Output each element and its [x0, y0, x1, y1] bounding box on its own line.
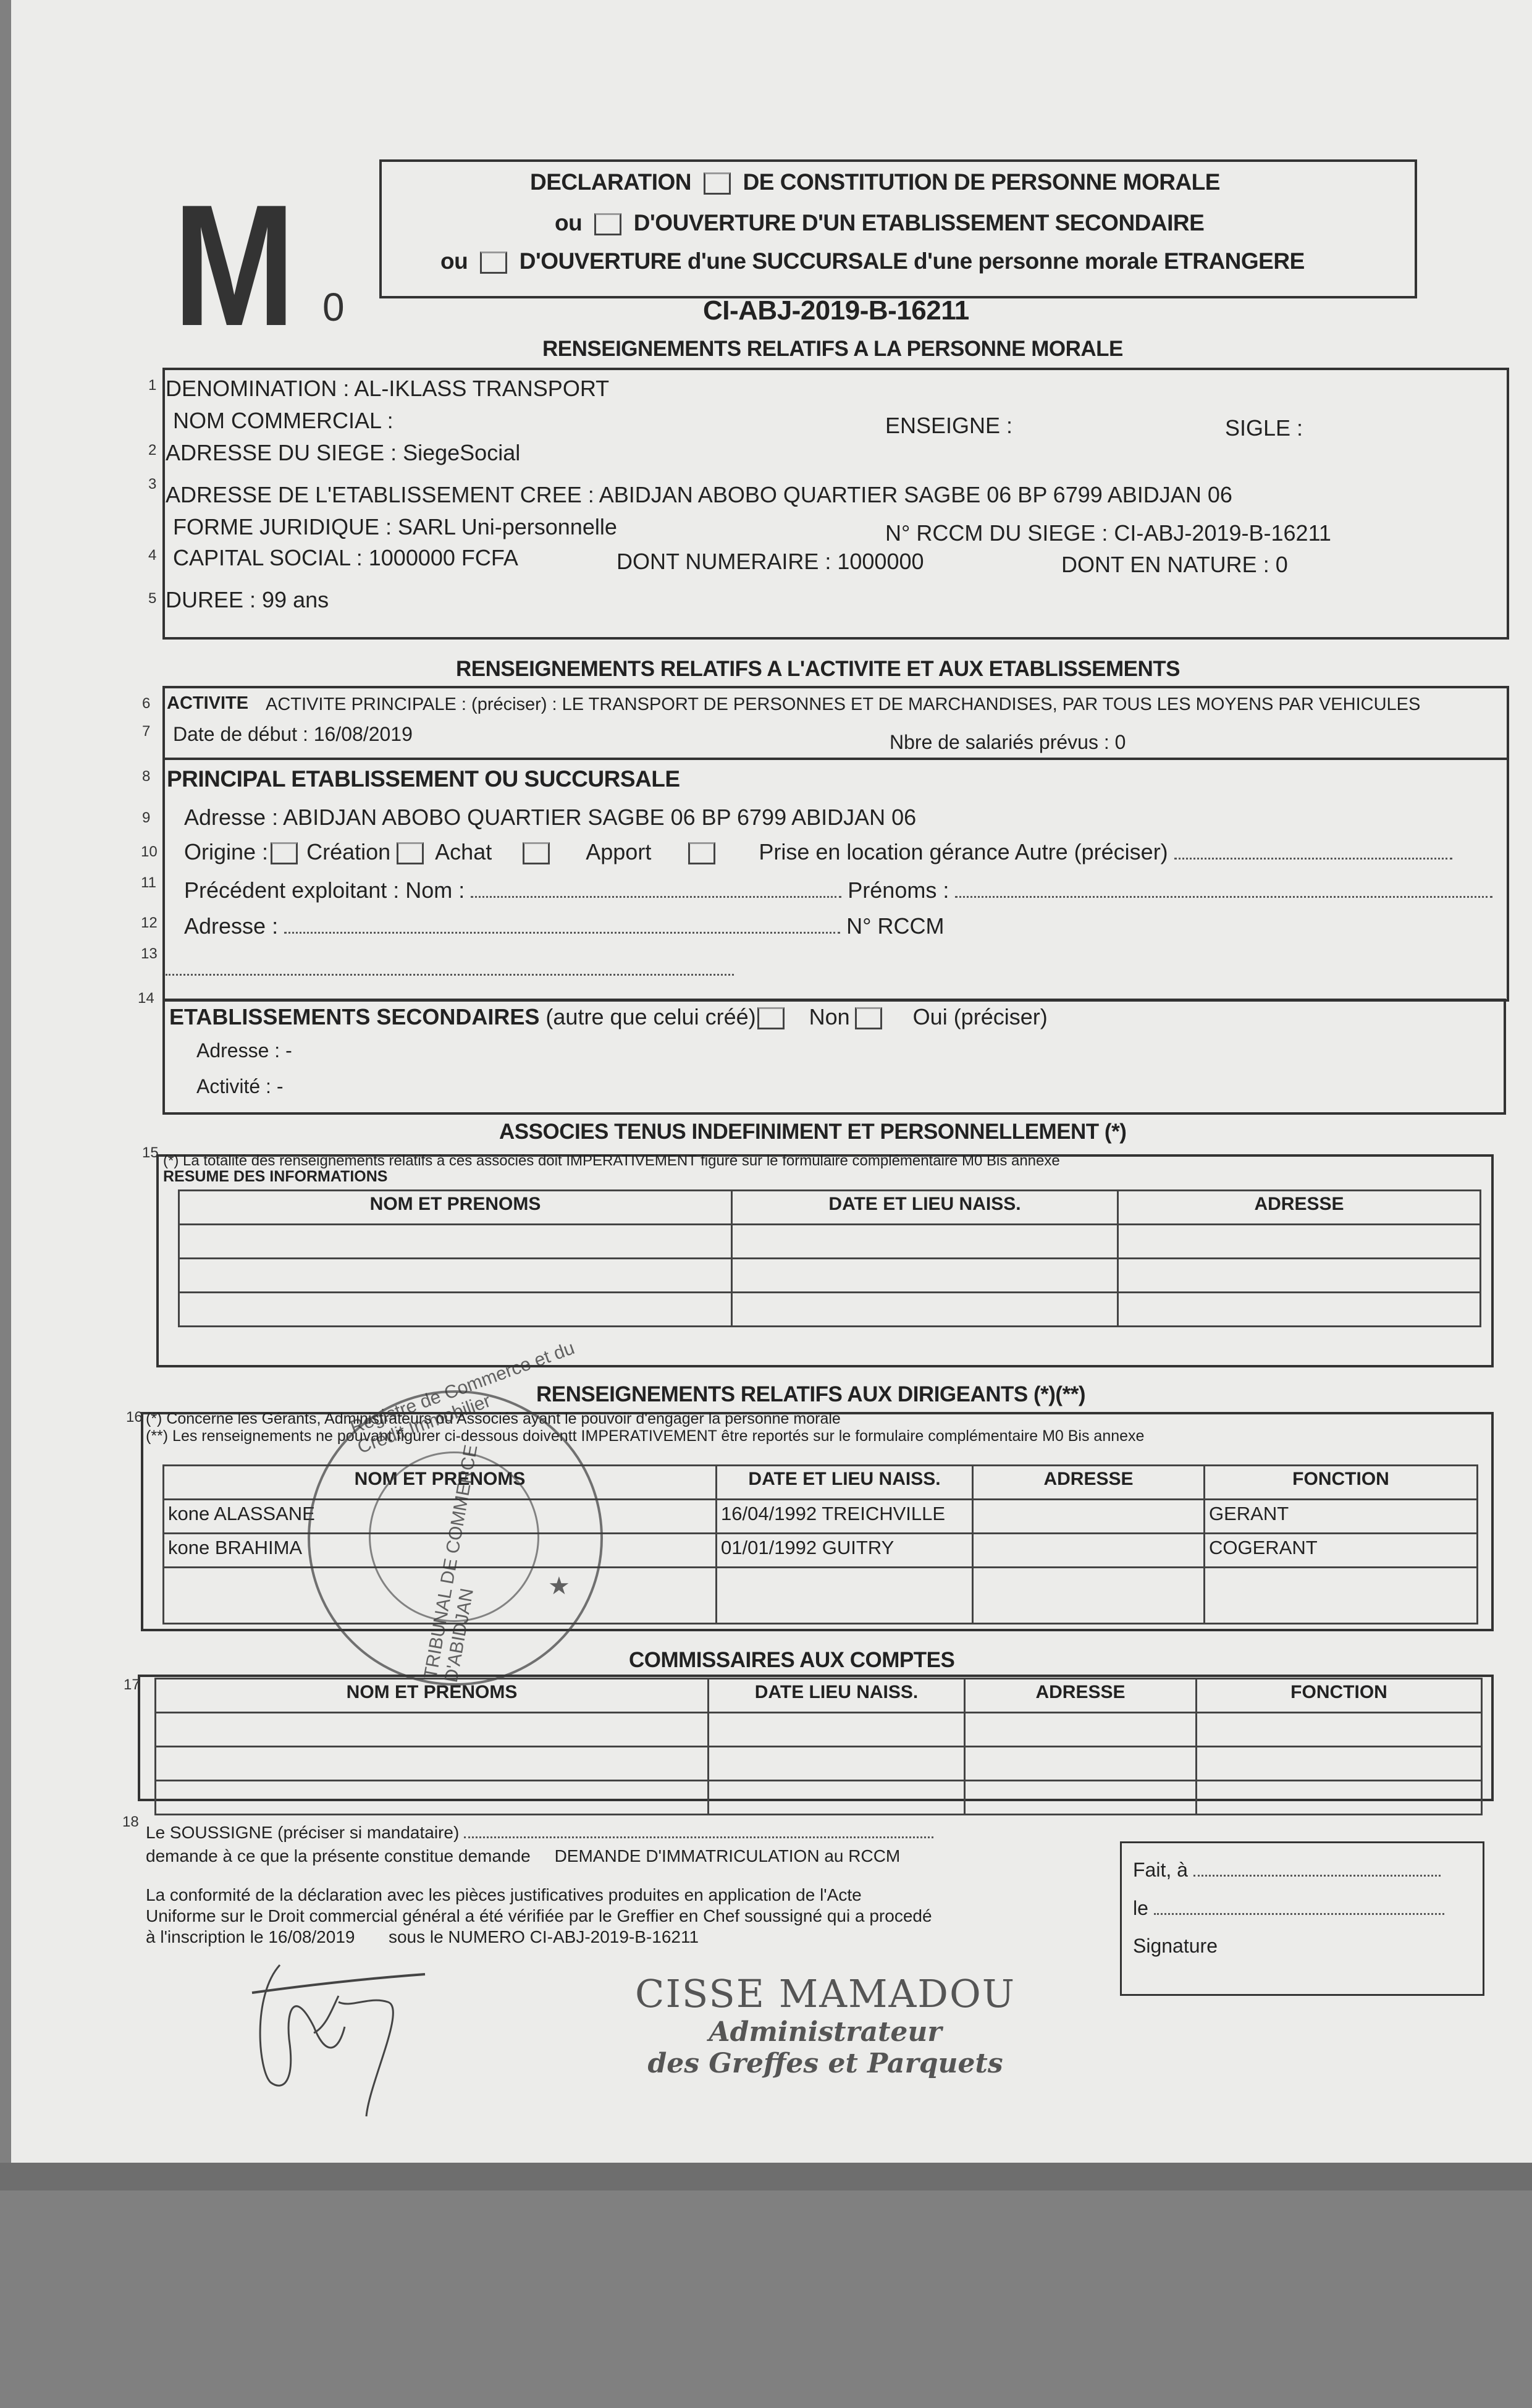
official-name: CISSE MAMADOU [635, 1971, 1016, 2016]
checkbox-location-gerance[interactable] [688, 842, 715, 864]
commissaires-table: NOM ET PRENOMS DATE LIEU NAISS. ADRESSE … [154, 1678, 1483, 1815]
table-row [179, 1293, 1481, 1327]
section-title-commissaires: COMMISSAIRES AUX COMPTES [629, 1648, 954, 1673]
forme-juridique: FORME JURIDIQUE : SARL Uni-personnelle [173, 514, 617, 540]
activite-label: ACTIVITE [167, 693, 248, 714]
activite-principale: ACTIVITE PRINCIPALE : (préciser) : LE TR… [266, 695, 1501, 715]
conformite-text: La conformité de la déclaration avec les… [146, 1885, 932, 1948]
table-row [156, 1747, 1482, 1781]
nbre-salaries: Nbre de salariés prévus : 0 [890, 731, 1126, 754]
fait-a-box: Fait, à le Signature [1120, 1841, 1484, 1996]
rccm-number: CI-ABJ-2019-B-16211 [703, 295, 969, 326]
date-debut: Date de début : 16/08/2019 [173, 723, 413, 746]
soussigne-line: Le SOUSSIGNE (préciser si mandataire) [146, 1823, 933, 1843]
official-title-1: Administrateur [635, 2016, 1016, 2048]
declaration-line-2: ou D'OUVERTURE D'UN ETABLISSEMENT SECOND… [555, 210, 1204, 236]
sigle: SIGLE : [1225, 415, 1303, 441]
precedent-nom-field[interactable] [471, 879, 841, 898]
signature-label: Signature [1133, 1935, 1218, 1958]
dirigeants-note-2: (**) Les renseignements ne pouvant figur… [146, 1427, 1144, 1445]
stamp-star-icon: ★ [548, 1572, 570, 1600]
checkbox-oui[interactable] [855, 1007, 882, 1029]
section-title-dirigeants: RENSEIGNEMENTS RELATIFS AUX DIRIGEANTS (… [536, 1382, 1085, 1407]
date-field[interactable] [1154, 1901, 1444, 1915]
sec-adresse: Adresse : - [196, 1039, 292, 1062]
autre-field[interactable] [1174, 840, 1452, 860]
soussigne-field[interactable] [464, 1824, 933, 1838]
associes-table: NOM ET PRENOMS DATE ET LIEU NAISS. ADRES… [178, 1189, 1481, 1327]
section-title-associes: ASSOCIES TENUS INDEFINIMENT ET PERSONNEL… [499, 1120, 1126, 1144]
declaration-line-1: DECLARATION DE CONSTITUTION DE PERSONNE … [530, 169, 1220, 195]
dont-nature: DONT EN NATURE : 0 [1061, 552, 1288, 578]
section-title-activite: RENSEIGNEMENTS RELATIFS A L'ACTIVITE ET … [456, 657, 1180, 682]
resume-informations: RESUME DES INFORMATIONS [163, 1168, 387, 1186]
checkbox-apport[interactable] [523, 842, 550, 864]
checkbox-etablissement-secondaire[interactable] [594, 213, 621, 235]
official-title-2: des Greffes et Parquets [635, 2048, 1016, 2079]
checkbox-achat[interactable] [397, 842, 424, 864]
demande-line: demande à ce que la présente constitue d… [146, 1846, 900, 1866]
capital-social: CAPITAL SOCIAL : 1000000 FCFA [173, 545, 518, 571]
table-row [156, 1781, 1482, 1815]
tribunal-stamp: Registre de Commerce et du Crédit Immobi… [308, 1390, 603, 1686]
etablissements-secondaires-row: ETABLISSEMENTS SECONDAIRES (autre que ce… [169, 1004, 1048, 1030]
line-13-field[interactable] [166, 957, 734, 979]
checkbox-creation[interactable] [271, 842, 298, 864]
principal-adresse: Adresse : ABIDJAN ABOBO QUARTIER SAGBE 0… [184, 805, 916, 830]
adresse-etablissement: ADRESSE DE L'ETABLISSEMENT CREE : ABIDJA… [166, 482, 1232, 508]
denomination: DENOMINATION : AL-IKLASS TRANSPORT [166, 376, 609, 402]
document-page: M 0 DECLARATION DE CONSTITUTION DE PERSO… [11, 0, 1532, 2163]
table-row [179, 1259, 1481, 1293]
section-title-personne-morale: RENSEIGNEMENTS RELATIFS A LA PERSONNE MO… [542, 337, 1123, 361]
duree: DUREE : 99 ans [166, 587, 329, 613]
form-code-sub: 0 [322, 284, 345, 330]
adresse-siege: ADRESSE DU SIEGE : SiegeSocial [166, 440, 520, 466]
precedent-adresse-field[interactable] [284, 915, 840, 934]
enseigne: ENSEIGNE : [885, 413, 1012, 439]
dont-numeraire: DONT NUMERAIRE : 1000000 [617, 549, 924, 575]
form-code: M [173, 179, 280, 352]
checkbox-succursale[interactable] [480, 251, 507, 274]
table-row [156, 1713, 1482, 1747]
fait-a-field[interactable] [1193, 1862, 1441, 1877]
handwritten-signature-icon [246, 1959, 530, 2132]
official-block: CISSE MAMADOU Administrateur des Greffes… [635, 1971, 1016, 2079]
nom-commercial: NOM COMMERCIAL : [173, 408, 394, 434]
declaration-line-3: ou D'OUVERTURE d'une SUCCURSALE d'une pe… [440, 248, 1305, 274]
sec-activite: Activité : - [196, 1075, 283, 1098]
principal-etablissement-title: PRINCIPAL ETABLISSEMENT OU SUCCURSALE [167, 766, 680, 792]
associes-note: (*) La totalité des renseignements rélat… [163, 1152, 1060, 1170]
table-row [179, 1225, 1481, 1259]
declaration-box: DECLARATION DE CONSTITUTION DE PERSONNE … [379, 159, 1417, 298]
checkbox-non[interactable] [757, 1007, 785, 1029]
checkbox-constitution[interactable] [704, 172, 731, 195]
precedent-adresse-row: Adresse : N° RCCM [184, 913, 945, 939]
scanner-edge [0, 2163, 1532, 2190]
rccm-siege: N° RCCM DU SIEGE : CI-ABJ-2019-B-16211 [885, 520, 1331, 546]
precedent-prenoms-field[interactable] [955, 879, 1492, 898]
origine-row: Origine : Création Achat Apport Prise en… [184, 839, 1452, 865]
precedent-exploitant-row: Précédent exploitant : Nom : Prénoms : [184, 877, 1492, 903]
